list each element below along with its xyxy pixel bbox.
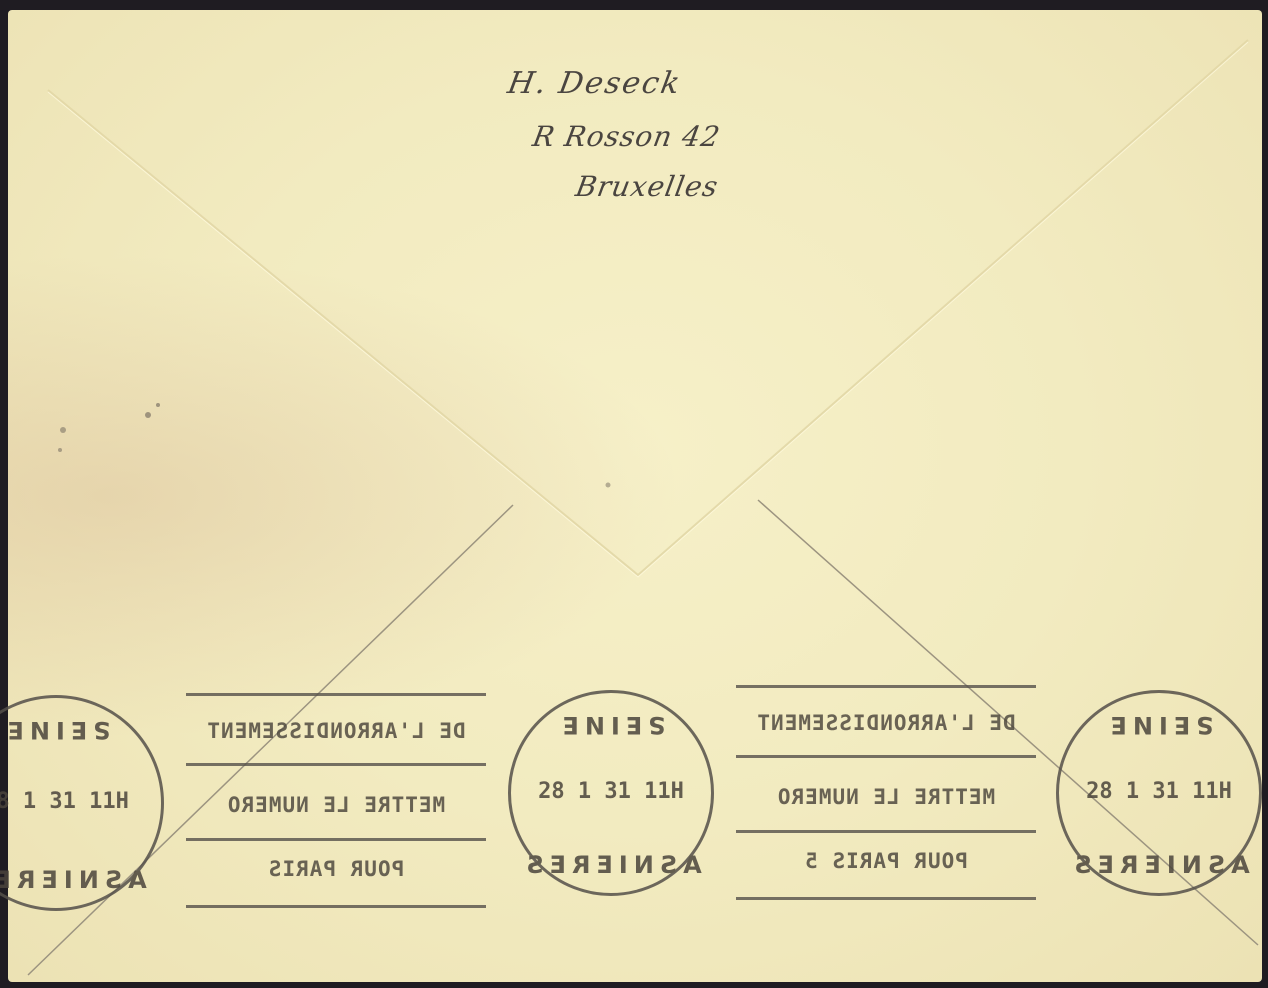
- postmark-region: SEINE: [1059, 711, 1259, 739]
- cancel-line-1: DE L'ARRONDISSEMENT: [186, 719, 486, 743]
- sender-name: H. Deseck: [505, 66, 684, 101]
- postmark-date: 28 1 31 11H: [511, 779, 711, 804]
- cancel-line-3: POUR PARIS 5: [736, 849, 1036, 873]
- cancel-line-1: DE L'ARRONDISSEMENT: [736, 711, 1036, 735]
- sender-city: Bruxelles: [573, 170, 721, 203]
- postmark-right: SEINE 28 1 31 11H ASNIERES: [1056, 690, 1262, 896]
- cancel-line-2: METTRE LE NUMERO: [186, 793, 486, 817]
- machine-cancel-left: DE L'ARRONDISSEMENT METTRE LE NUMERO POU…: [186, 685, 486, 917]
- postmark-left: SEINE 28 1 31 11H ASNIERES: [0, 695, 164, 911]
- postmark-town: ASNIERES: [0, 866, 161, 894]
- postmark-town: ASNIERES: [1059, 851, 1259, 879]
- cancel-line-3: POUR PARIS: [186, 857, 486, 881]
- postmark-region: SEINE: [0, 716, 161, 744]
- machine-cancel-right: DE L'ARRONDISSEMENT METTRE LE NUMERO POU…: [736, 677, 1036, 909]
- postmark-date: 28 1 31 11H: [1059, 779, 1259, 804]
- sender-street: R Rosson 42: [530, 120, 723, 153]
- postmark-middle: SEINE 28 1 31 11H ASNIERES: [508, 690, 714, 896]
- postmark-town: ASNIERES: [511, 851, 711, 879]
- postmark-region: SEINE: [511, 711, 711, 739]
- cancel-line-2: METTRE LE NUMERO: [736, 785, 1036, 809]
- envelope-back: H. Deseck R Rosson 42 Bruxelles DE L'ARR…: [8, 10, 1262, 982]
- postmark-date: 28 1 31 11H: [0, 789, 161, 814]
